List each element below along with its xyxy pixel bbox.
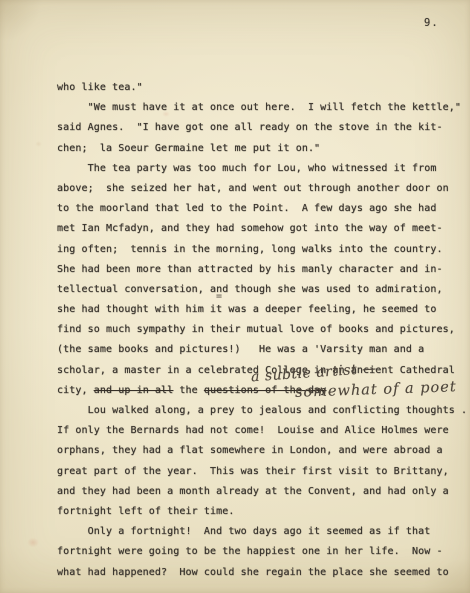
typescript-line: fortnight left of their time. (57, 502, 462, 522)
typed-text: the (173, 385, 204, 396)
struck-out-text: and up in all (94, 385, 174, 396)
typescript-line: to the moorland that led to the Point. A… (57, 199, 462, 219)
typescript-line: what had happened? How could she regain … (57, 563, 462, 583)
typed-text: city, (57, 385, 94, 396)
typescript-line: and they had been a month already at the… (57, 482, 462, 502)
paper-stain (34, 140, 43, 148)
typescript-text-block: who like tea." "We must have it at once … (57, 78, 462, 583)
typescript-line: If only the Bernards had not come! Louis… (57, 421, 462, 441)
page-number: 9. (424, 17, 439, 29)
typescript-line: chen; la Soeur Germaine let me put it on… (57, 139, 462, 159)
paper-stain (25, 536, 41, 549)
typescript-line: fortnight were going to be the happiest … (57, 542, 462, 562)
typescript-line: (the same books and pictures!) He was a … (57, 340, 462, 360)
typescript-line: orphans, they had a flat somewhere in Lo… (57, 441, 462, 461)
typescript-line: find so much sympathy in their mutual lo… (57, 320, 462, 340)
insertion-mark: = (216, 291, 221, 302)
typescript-line: met Ian Mcfadyn, and they had somehow go… (57, 219, 462, 239)
typescript-line: She had been more than attracted by his … (57, 260, 462, 280)
typescript-line: said Agnes. "I have got one all ready on… (57, 118, 462, 138)
typescript-line: who like tea." (57, 78, 462, 98)
typescript-line: ing often; tennis in the morning, long w… (57, 240, 462, 260)
typescript-line: above; she seized her hat, and went out … (57, 179, 462, 199)
manuscript-page: 9. who like tea." "We must have it at on… (0, 0, 470, 593)
typescript-line: "We must have it at once out here. I wil… (57, 98, 462, 118)
typescript-line: The tea party was too much for Lou, who … (57, 159, 462, 179)
typescript-line: tellectual conversation, and though she … (57, 280, 462, 300)
typescript-line: Only a fortnight! And two days ago it se… (57, 522, 462, 542)
typescript-line: great part of the year. This was their f… (57, 462, 462, 482)
typescript-line: Lou walked along, a prey to jealous and … (57, 401, 462, 421)
typescript-line: she had thought with him it was a deeper… (57, 300, 462, 320)
